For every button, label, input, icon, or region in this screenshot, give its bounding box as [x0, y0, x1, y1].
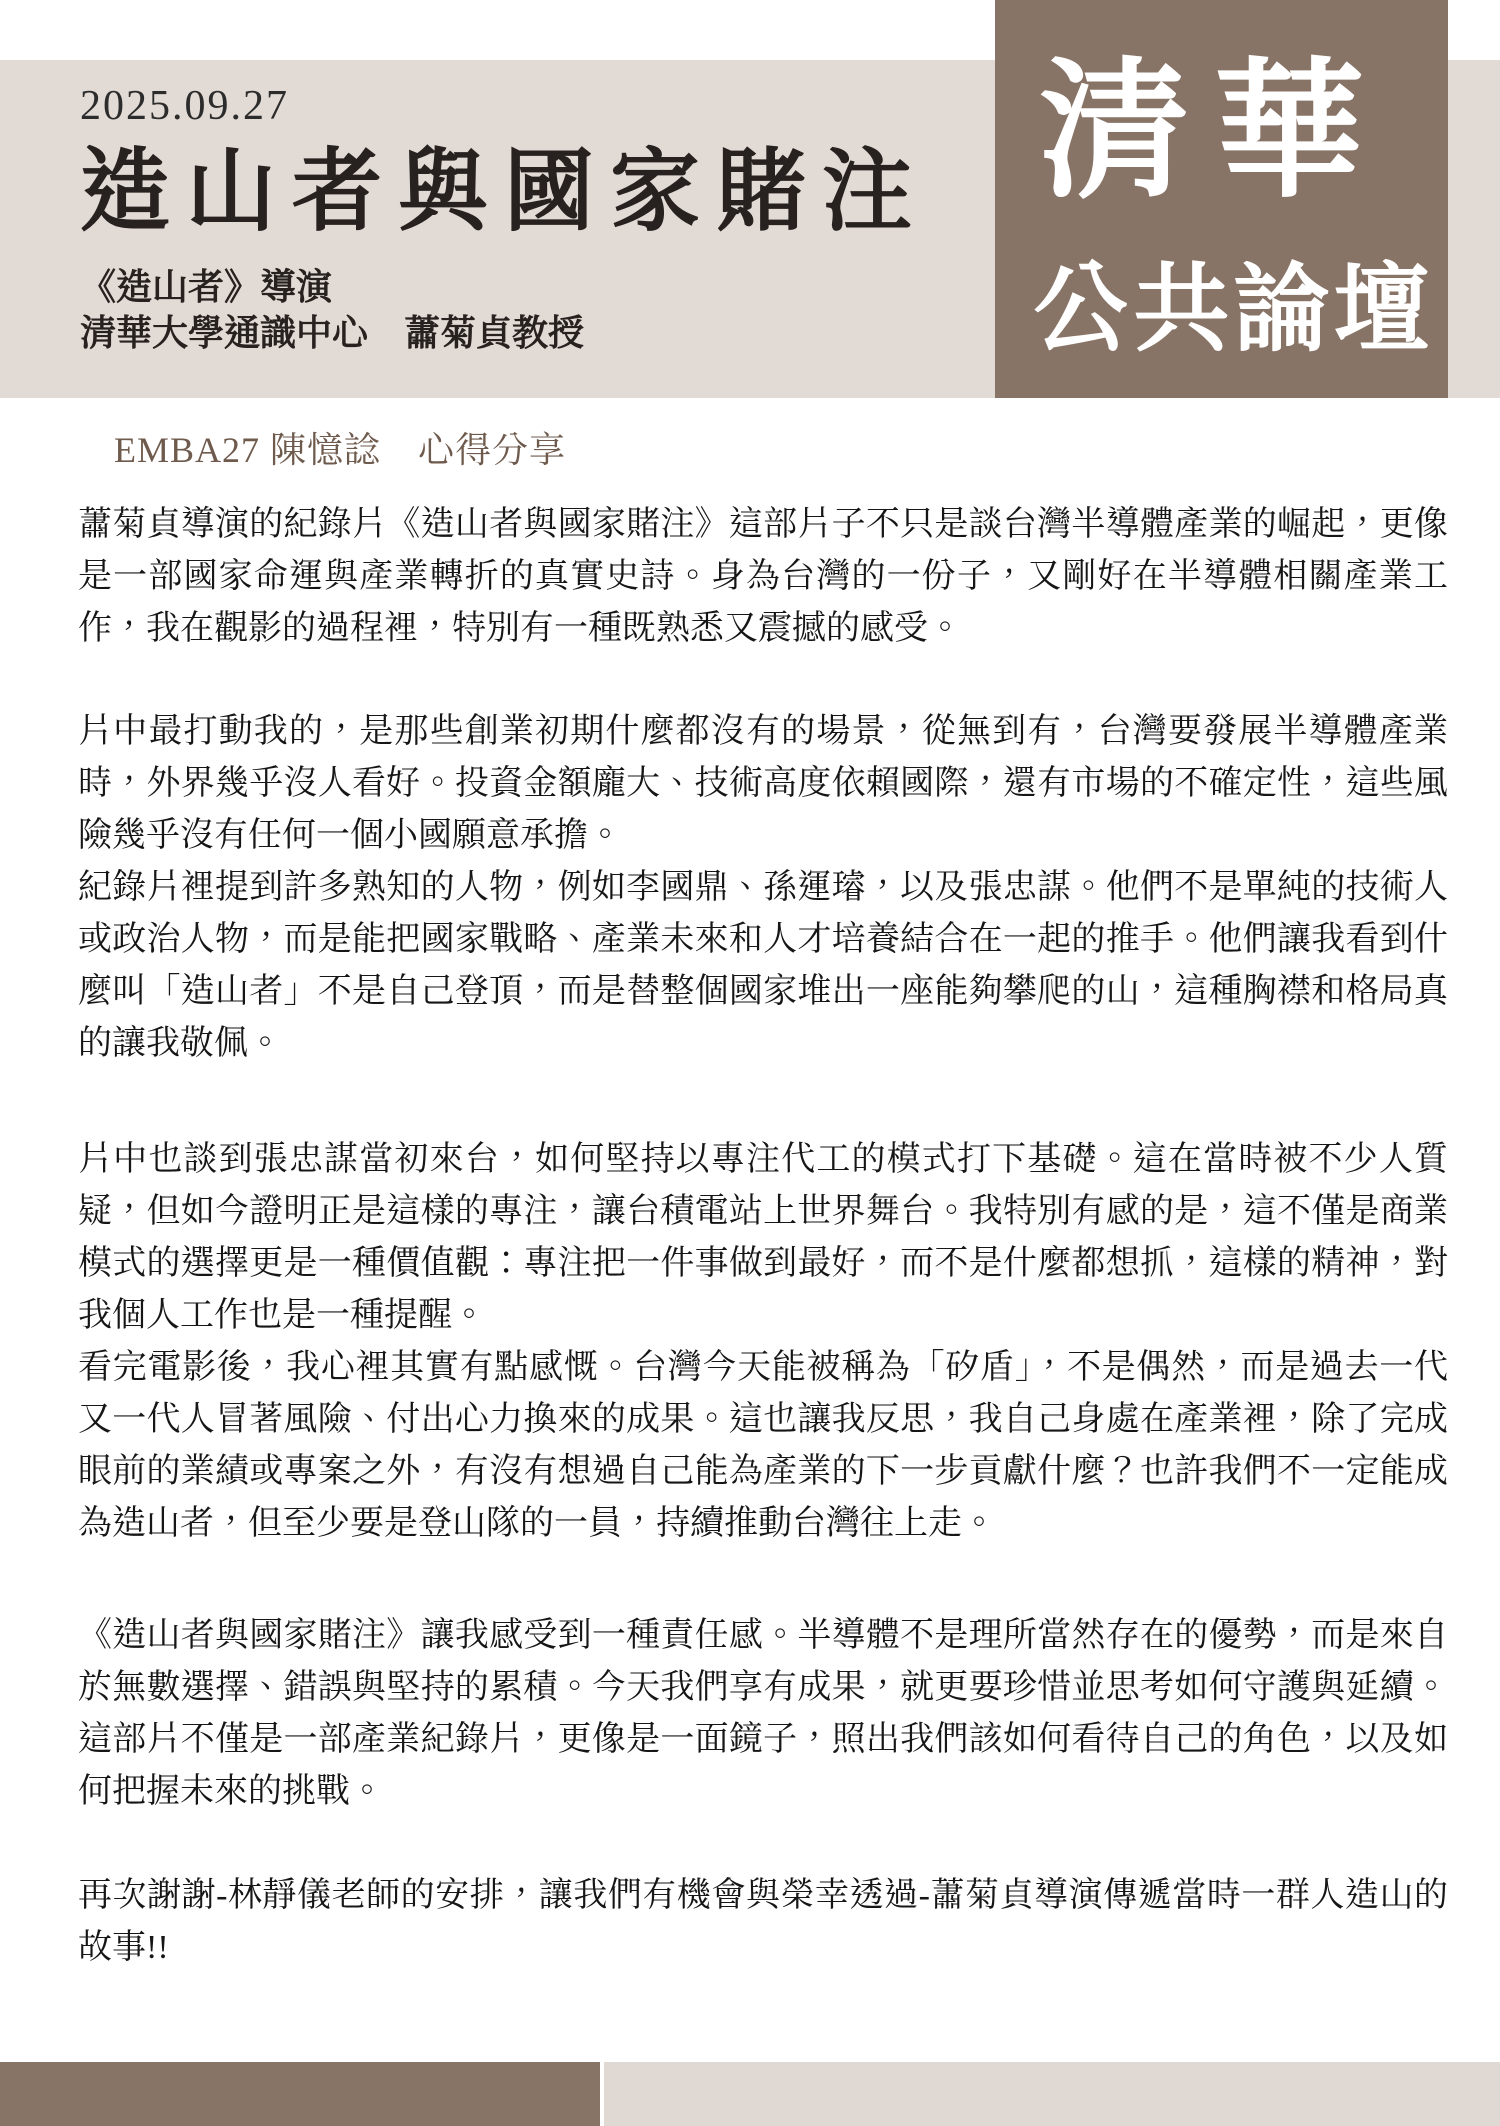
- body-paragraph: 看完電影後，我心裡其實有點感慨。台灣今天能被稱為「矽盾」，不是偶然，而是過去一代…: [78, 1342, 1448, 1550]
- body-paragraph: 再次謝謝-林靜儀老師的安排，讓我們有機會與榮幸透過-蕭菊貞導演傳遞當時一群人造山…: [78, 1870, 1448, 1974]
- brand-name-line: 清華: [975, 58, 1428, 208]
- footer-beige-bar: [604, 2062, 1500, 2126]
- event-date: 2025.09.27: [80, 82, 289, 130]
- subtitle-line-director: 《造山者》導演: [80, 264, 584, 310]
- forum-brand-box: 清華 公共論壇: [995, 0, 1448, 398]
- body-block: 再次謝謝-林靜儀老師的安排，讓我們有機會與榮幸透過-蕭菊貞導演傳遞當時一群人造山…: [78, 1870, 1448, 1974]
- author-byline: EMBA27 陳憶諗 心得分享: [114, 422, 566, 473]
- body-block: 《造山者與國家賭注》讓我感受到一種責任感。半導體不是理所當然存在的優勢，而是來自…: [78, 1610, 1448, 1818]
- footer-brown-bar: [0, 2062, 600, 2126]
- body-block: 蕭菊貞導演的紀錄片《造山者與國家賭注》這部片子不只是談台灣半導體產業的崛起，更像…: [78, 499, 1448, 655]
- body-paragraph: 《造山者與國家賭注》讓我感受到一種責任感。半導體不是理所當然存在的優勢，而是來自…: [78, 1610, 1448, 1818]
- subtitle-line-professor: 清華大學通識中心 蕭菊貞教授: [80, 310, 584, 356]
- body-paragraph: 蕭菊貞導演的紀錄片《造山者與國家賭注》這部片子不只是談台灣半導體產業的崛起，更像…: [78, 499, 1448, 655]
- body-paragraph: 片中最打動我的，是那些創業初期什麼都沒有的場景，從無到有，台灣要發展半導體產業時…: [78, 706, 1448, 862]
- page-title: 造山者與國家賭注: [80, 148, 928, 238]
- brand-forum-line: 公共論壇: [1007, 262, 1460, 358]
- body-paragraph: 片中也談到張忠謀當初來台，如何堅持以專注代工的模式打下基礎。這在當時被不少人質疑…: [78, 1134, 1448, 1342]
- subtitle: 《造山者》導演 清華大學通識中心 蕭菊貞教授: [80, 264, 584, 356]
- review-body: 蕭菊貞導演的紀錄片《造山者與國家賭注》這部片子不只是談台灣半導體產業的崛起，更像…: [78, 499, 1448, 1974]
- body-block: 片中最打動我的，是那些創業初期什麼都沒有的場景，從無到有，台灣要發展半導體產業時…: [78, 706, 1448, 1070]
- body-block: 片中也談到張忠謀當初來台，如何堅持以專注代工的模式打下基礎。這在當時被不少人質疑…: [78, 1134, 1448, 1550]
- forum-review-page: 2025.09.27 造山者與國家賭注 《造山者》導演 清華大學通識中心 蕭菊貞…: [0, 0, 1500, 2126]
- body-paragraph: 紀錄片裡提到許多熟知的人物，例如李國鼎、孫運璿，以及張忠謀。他們不是單純的技術人…: [78, 862, 1448, 1070]
